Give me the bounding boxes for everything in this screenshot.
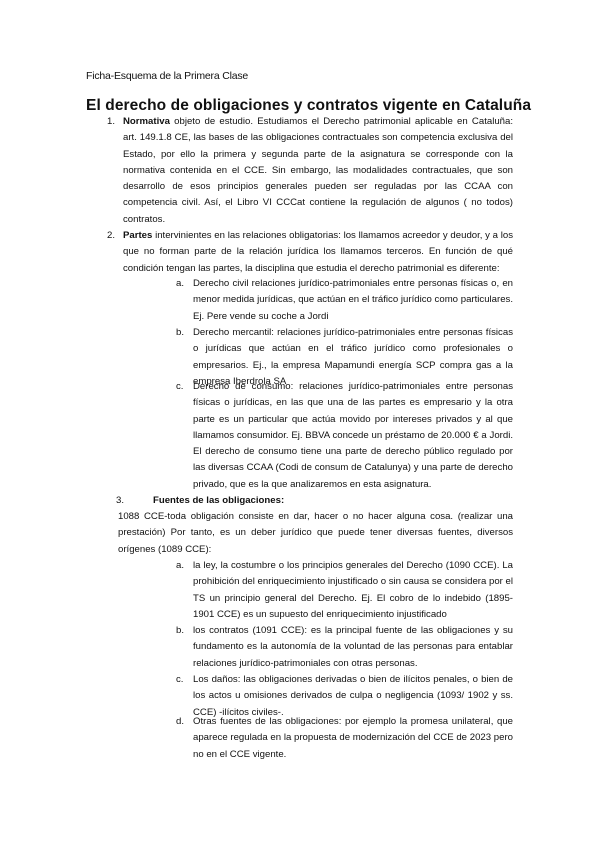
item-3b-letter: b. — [176, 623, 184, 639]
item-3a-letter: a. — [176, 558, 184, 574]
item-3c-letter: c. — [176, 672, 183, 688]
item-3d-letter: d. — [176, 714, 184, 730]
section-2-text: intervinientes en las relaciones obligat… — [123, 230, 513, 274]
item-2b-letter: b. — [176, 325, 184, 341]
section-3-heading: Fuentes de las obligaciones: — [153, 493, 284, 509]
item-2a-letter: a. — [176, 276, 184, 292]
item-3d-otras-fuentes: Otras fuentes de las obligaciones: por e… — [193, 714, 513, 763]
document-subtitle: Ficha-Esquema de la Primera Clase — [86, 70, 248, 82]
section-2-number: 2. — [107, 228, 115, 244]
item-2c-letter: c. — [176, 379, 183, 395]
section-3-number: 3. — [116, 493, 124, 509]
item-3a-ley: la ley, la costumbre o los principios ge… — [193, 558, 513, 623]
document-title: El derecho de obligaciones y contratos v… — [86, 97, 531, 115]
section-1-heading: Normativa — [123, 116, 170, 127]
section-1-normativa: Normativa objeto de estudio. Estudiamos … — [123, 114, 513, 228]
item-2c-derecho-consumo: Derecho de consumo: relaciones jurídico-… — [193, 379, 513, 493]
item-2a-derecho-civil: Derecho civil relaciones jurídico-patrim… — [193, 276, 513, 325]
section-3-intro: 1088 CCE-toda obligación consiste en dar… — [118, 509, 513, 558]
section-1-number: 1. — [107, 114, 115, 130]
item-3b-contratos: los contratos (1091 CCE): es la principa… — [193, 623, 513, 672]
section-1-text: objeto de estudio. Estudiamos el Derecho… — [123, 116, 513, 225]
section-2-partes: Partes intervinientes en las relaciones … — [123, 228, 513, 277]
section-2-heading: Partes — [123, 230, 152, 241]
document-page: Ficha-Esquema de la Primera Clase El der… — [0, 0, 600, 848]
